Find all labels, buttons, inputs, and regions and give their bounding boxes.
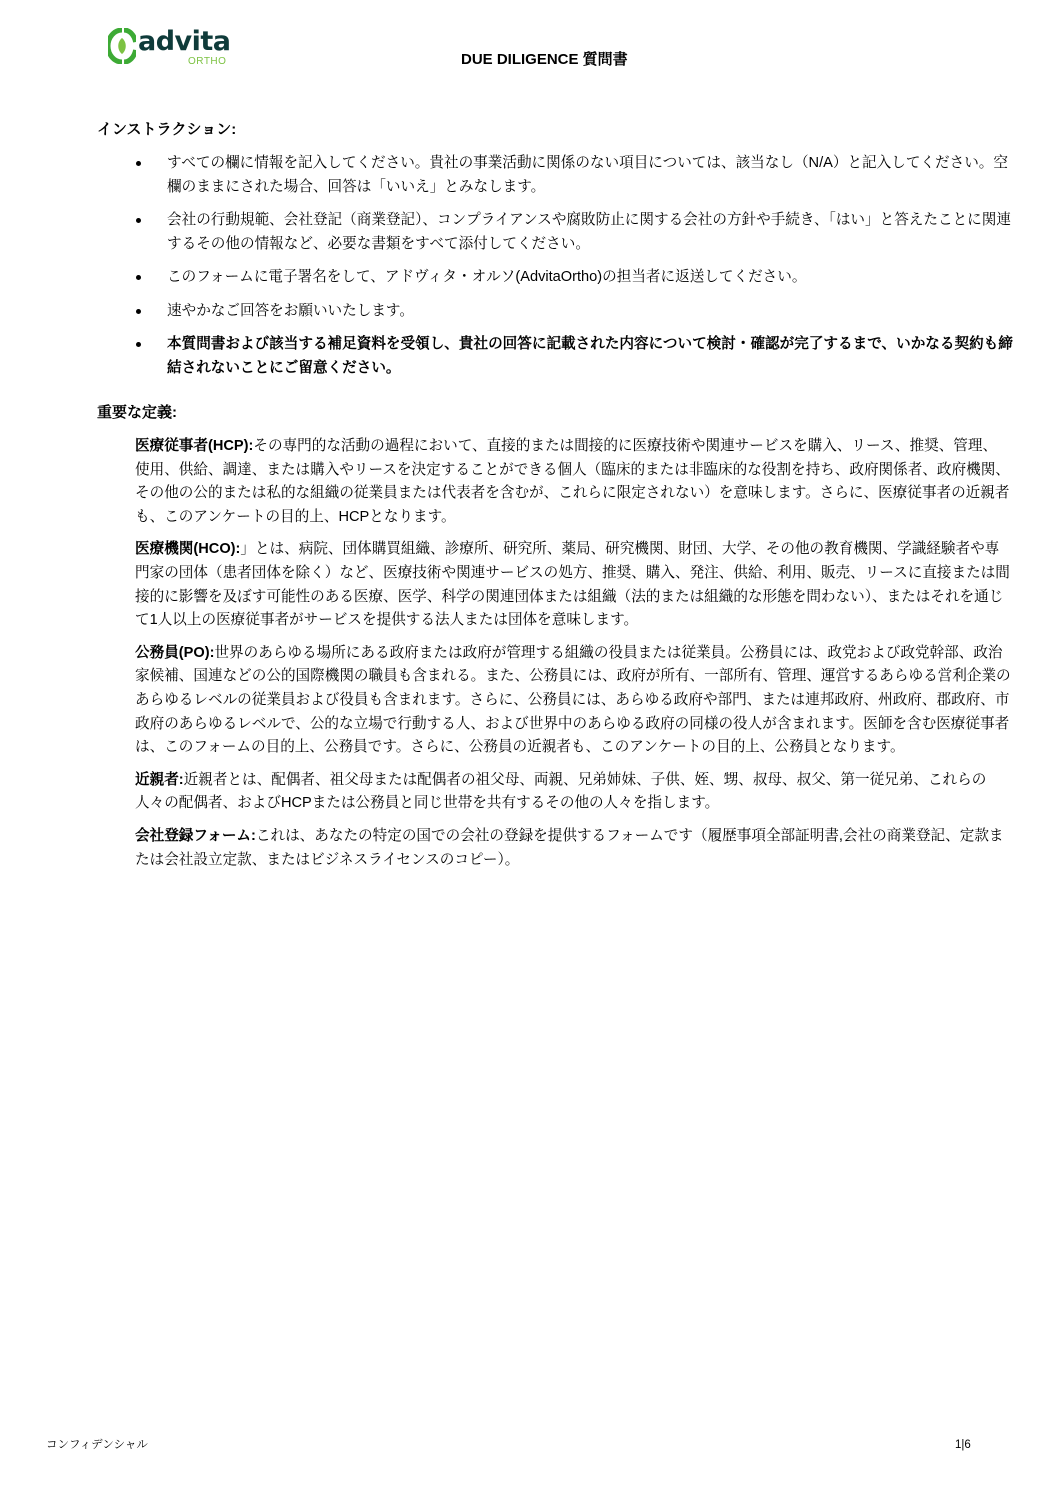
instruction-item: 会社の行動規範、会社登記（商業登記）、コンプライアンスや腐敗防止に関する会社の方… bbox=[136, 209, 1016, 256]
logo-subtitle: ORTHO bbox=[188, 56, 226, 68]
instruction-text: 本質問書および該当する補足資料を受領し、貴社の回答に記載された内容について検討・… bbox=[167, 336, 1013, 376]
definition-term: 医療従事者(HCP): bbox=[135, 438, 253, 454]
instructions-list: すべての欄に情報を記入してください。貴社の事業活動に関係のない項目については、該… bbox=[136, 152, 1016, 390]
definition-term: 会社登録フォーム: bbox=[135, 828, 256, 844]
definition-text: その専門的な活動の過程において、直接的または間接的に医療技術や関連サービスを購入… bbox=[135, 438, 1010, 525]
definitions-list: 医療従事者(HCP):その専門的な活動の過程において、直接的または間接的に医療技… bbox=[135, 435, 1011, 881]
definition-text: これは、あなたの特定の国での会社の登録を提供するフォームです（履歴事項全部証明書… bbox=[135, 828, 1004, 868]
definition-hco: 医療機関(HCO):」とは、病院、団体購買組織、診療所、研究所、薬局、研究機関、… bbox=[135, 538, 1011, 632]
definition-text: 」とは、病院、団体購買組織、診療所、研究所、薬局、研究機関、財団、大学、その他の… bbox=[135, 541, 1010, 628]
instruction-text: 速やかなご回答をお願いいたします。 bbox=[167, 303, 414, 319]
instruction-item: このフォームに電子署名をして、アドヴィタ・オルソ(AdvitaOrtho)の担当… bbox=[136, 266, 1016, 290]
definition-hcp: 医療従事者(HCP):その専門的な活動の過程において、直接的または間接的に医療技… bbox=[135, 435, 1011, 529]
instruction-text: 会社の行動規範、会社登記（商業登記）、コンプライアンスや腐敗防止に関する会社の方… bbox=[167, 212, 1011, 252]
bullet-icon bbox=[136, 161, 141, 166]
logo-wordmark: advita bbox=[138, 26, 231, 58]
instruction-text: すべての欄に情報を記入してください。貴社の事業活動に関係のない項目については、該… bbox=[167, 155, 1008, 195]
bullet-icon bbox=[136, 275, 141, 280]
page-number: 1|6 bbox=[955, 1437, 971, 1453]
instruction-item-important: 本質問書および該当する補足資料を受領し、貴社の回答に記載された内容について検討・… bbox=[136, 333, 1016, 380]
instruction-text: このフォームに電子署名をして、アドヴィタ・オルソ(AdvitaOrtho)の担当… bbox=[167, 269, 806, 285]
document-title: DUE DILIGENCE 質問書 bbox=[461, 50, 628, 70]
definition-text: 近親者とは、配偶者、祖父母または配偶者の祖父母、両親、兄弟姉妹、子供、姪、甥、叔… bbox=[135, 772, 986, 812]
definition-text: 世界のあらゆる場所にある政府または政府が管理する組織の役員または従業員。公務員に… bbox=[135, 645, 1011, 755]
advita-leaf-logo-icon bbox=[108, 28, 136, 64]
definition-relatives: 近親者:近親者とは、配偶者、祖父母または配偶者の祖父母、両親、兄弟姉妹、子供、姪… bbox=[135, 769, 1011, 816]
confidential-label: コンフィデンシャル bbox=[46, 1437, 148, 1453]
document-page: advita ORTHO DUE DILIGENCE 質問書 インストラクション… bbox=[0, 0, 1059, 1497]
bullet-icon bbox=[136, 342, 141, 347]
instruction-item: 速やかなご回答をお願いいたします。 bbox=[136, 300, 1016, 324]
definition-term: 公務員(PO): bbox=[135, 645, 214, 661]
bullet-icon bbox=[136, 309, 141, 314]
definition-po: 公務員(PO):世界のあらゆる場所にある政府または政府が管理する組織の役員または… bbox=[135, 642, 1011, 760]
definition-term: 医療機関(HCO): bbox=[135, 541, 240, 557]
advita-ortho-logo: advita ORTHO bbox=[108, 28, 233, 70]
instruction-item: すべての欄に情報を記入してください。貴社の事業活動に関係のない項目については、該… bbox=[136, 152, 1016, 199]
instructions-heading: インストラクション: bbox=[97, 120, 236, 140]
definitions-heading: 重要な定義: bbox=[97, 403, 177, 423]
definition-company-registration: 会社登録フォーム:これは、あなたの特定の国での会社の登録を提供するフォームです（… bbox=[135, 825, 1011, 872]
bullet-icon bbox=[136, 218, 141, 223]
definition-term: 近親者: bbox=[135, 772, 184, 788]
